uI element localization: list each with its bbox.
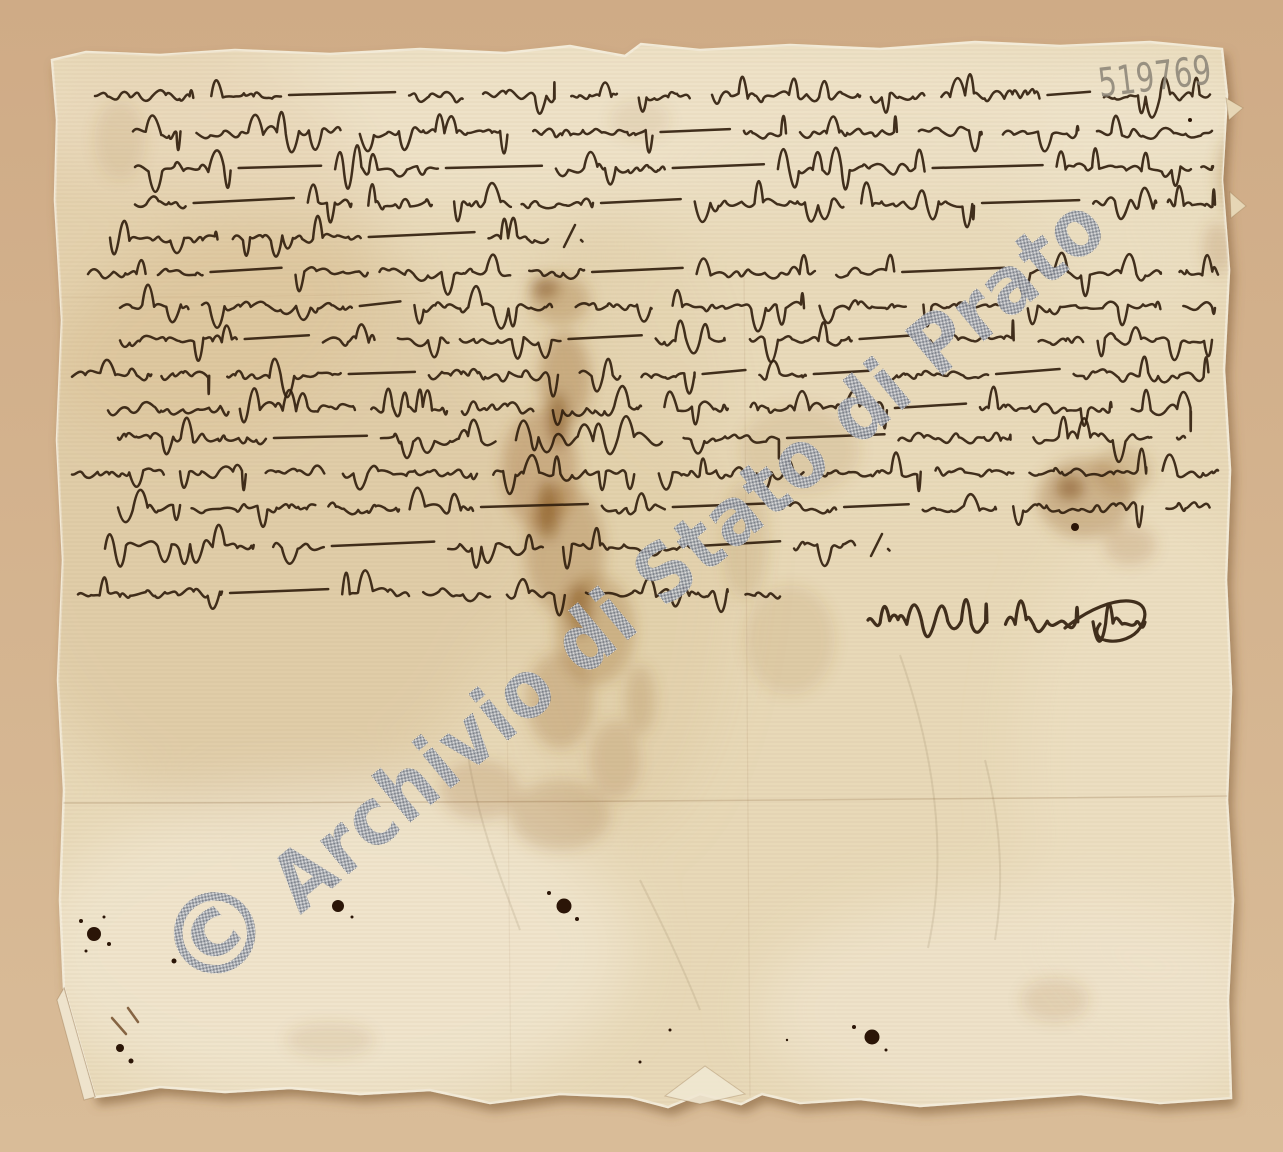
ink-blot [1188,118,1192,122]
ink-blot [786,1039,788,1041]
stain [1021,978,1089,1022]
stain [1104,525,1156,565]
manuscript-scan: 519769 © Archivio di Stato di Prato [0,0,1283,1152]
ink-blot [129,1059,134,1064]
ink-blot [351,916,354,919]
ink-blot [639,1061,642,1064]
ink-blot [852,1025,856,1029]
stain [510,780,610,850]
scan-canvas: 519769 © Archivio di Stato di Prato [0,0,1283,1152]
stain [530,275,590,325]
stain [625,665,655,735]
ink-blot [865,1030,880,1045]
ink-blot [575,917,579,921]
stain [537,480,559,540]
stain [1056,476,1084,500]
ink-blot [79,919,83,923]
ink-blot [669,1029,672,1032]
ink-blot [85,950,88,953]
stain [94,100,146,180]
ink-blot [116,1044,124,1052]
ink-blot [547,891,551,895]
ink-blot [107,942,111,946]
ink-blot [103,916,106,919]
ink-blot [87,927,101,941]
ink-blot [1071,523,1079,531]
stain [745,585,835,695]
stain [590,720,640,800]
ink-blot [557,899,572,914]
ink-blot [885,1049,888,1052]
stain [286,1022,374,1058]
